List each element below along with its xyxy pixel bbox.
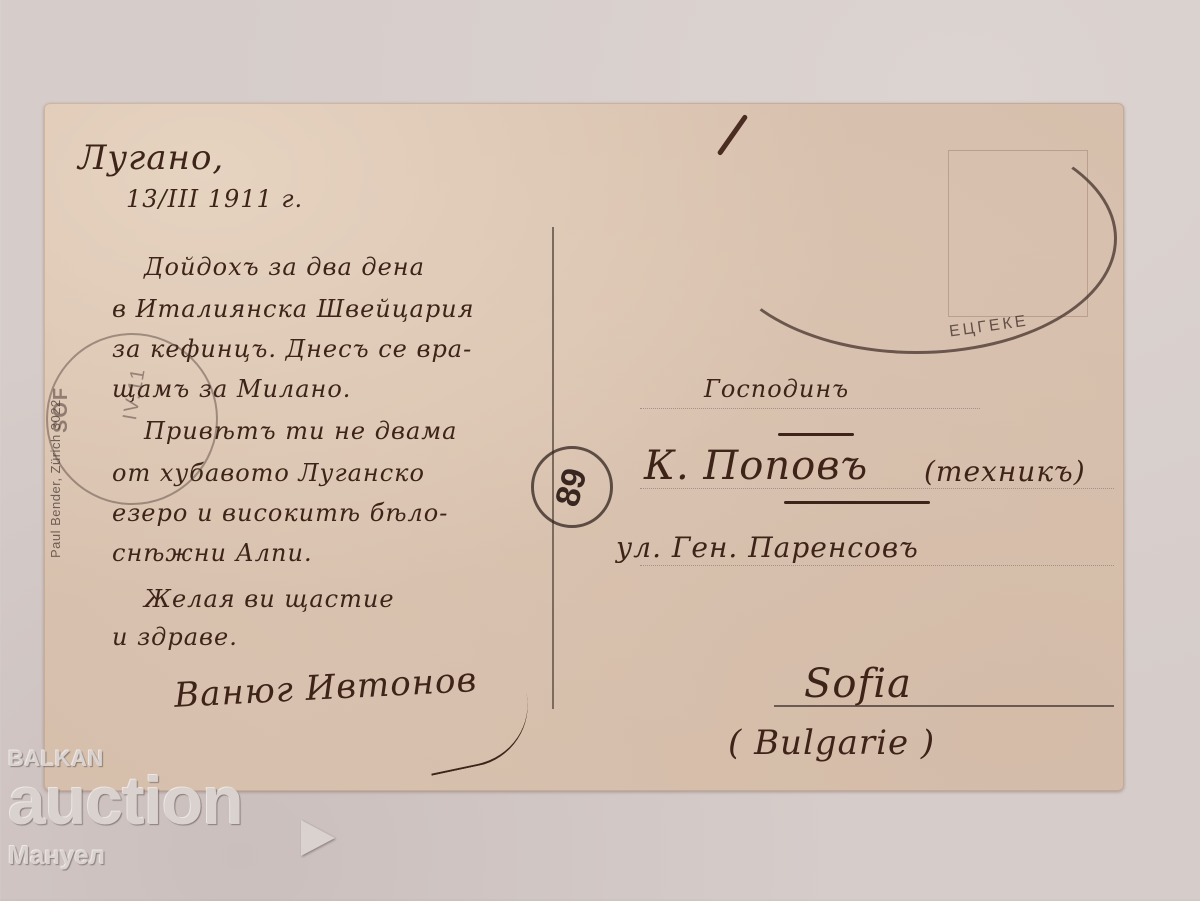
signature-flourish xyxy=(419,692,539,776)
watermark-line-3: Мануел xyxy=(8,840,243,870)
ink-stroke-mark xyxy=(717,114,749,156)
message-date: 13/III 1911 г. xyxy=(126,185,303,213)
address-line xyxy=(640,565,1114,566)
name-overline xyxy=(778,433,854,436)
address-salutation: Господинъ xyxy=(704,375,849,403)
address-city: Sofia xyxy=(804,661,912,707)
message-place: Лугано, xyxy=(78,138,224,178)
watermark-line-2: auction xyxy=(8,770,243,832)
address-street: ул. Ген. Паренсовъ xyxy=(616,531,919,564)
address-line xyxy=(640,408,980,409)
photo-scene: Лугано, 13/III 1911 г. Дойдохъ за два де… xyxy=(0,0,1200,901)
postcard: Лугано, 13/III 1911 г. Дойдохъ за два де… xyxy=(44,103,1124,791)
play-arrow-icon xyxy=(301,820,335,856)
circle-stamp-number: 89 xyxy=(548,464,595,511)
balkan-auction-watermark: BALKAN auction Мануел xyxy=(8,748,243,870)
message-line: езеро и високитѣ бѣло- xyxy=(112,499,448,527)
address-title: (техникъ) xyxy=(924,455,1086,488)
message-line: Дойдохъ за два дена xyxy=(144,253,425,281)
message-line: в Италиянска Швейцария xyxy=(112,295,475,323)
address-country: ( Bulgarie ) xyxy=(728,723,935,763)
circle-number-stamp: 89 xyxy=(531,446,613,528)
right-postmark xyxy=(716,123,1117,354)
message-line: Желая ви щастие xyxy=(144,585,395,613)
name-underline xyxy=(784,501,930,504)
left-postmark-text: SOF xyxy=(50,386,73,433)
signature: Ванюг Ивтонов xyxy=(173,660,478,716)
address-name: К. Поповъ xyxy=(644,443,868,489)
message-line: и здраве. xyxy=(112,623,238,651)
message-line: снѣжни Алпи. xyxy=(112,539,313,567)
